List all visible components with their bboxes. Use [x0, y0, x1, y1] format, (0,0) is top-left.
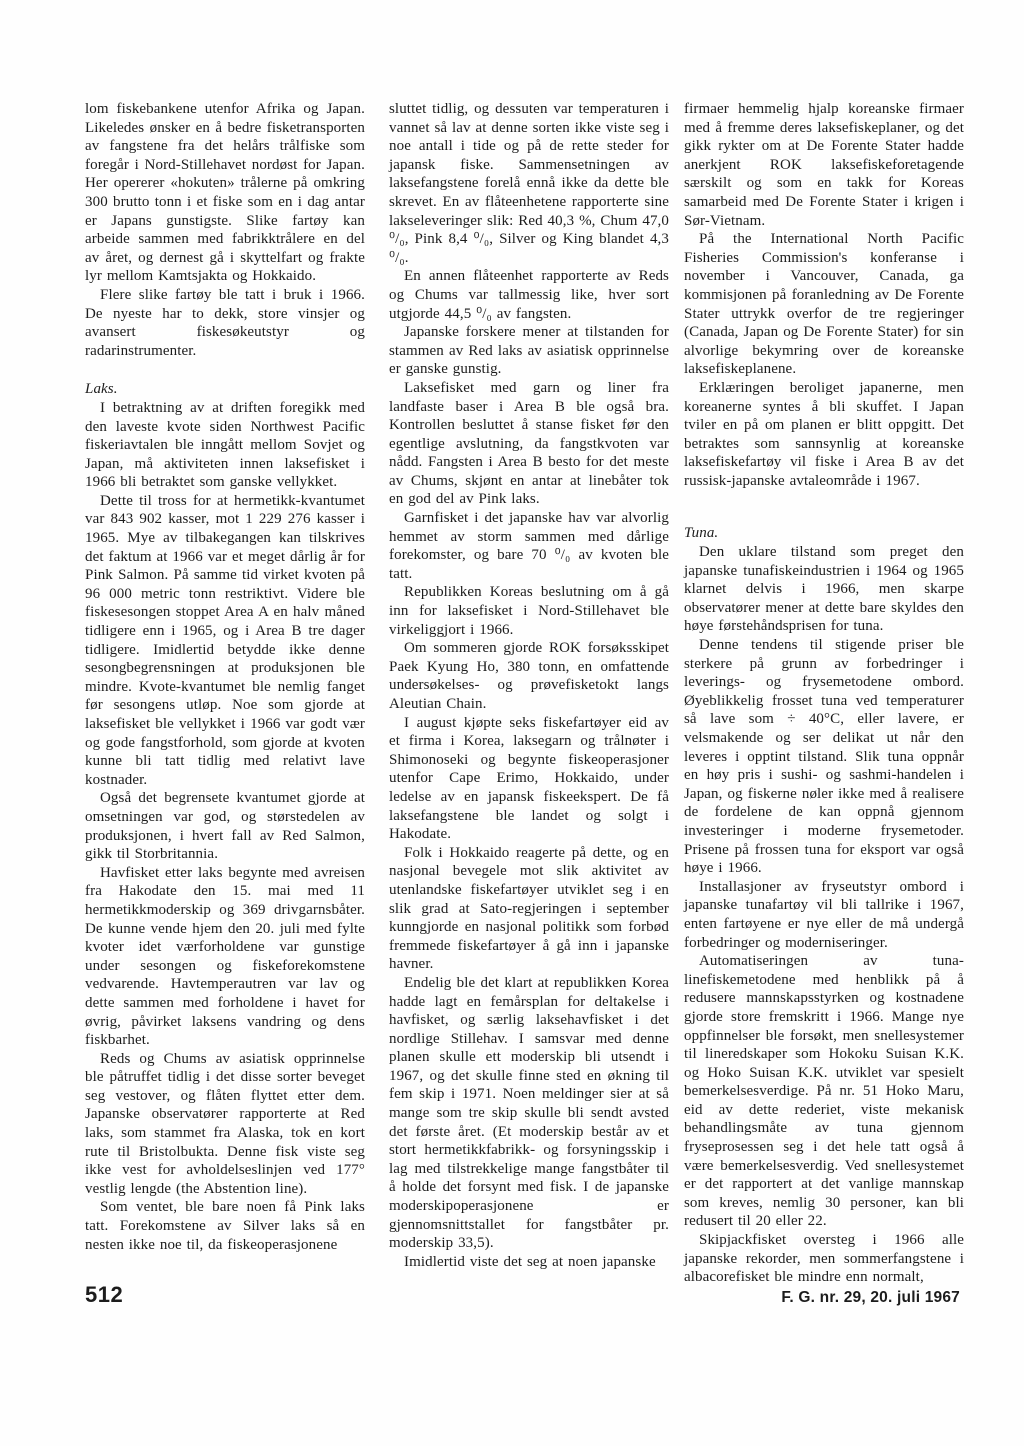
paragraph: Erklæringen beroliget japanerne, men kor…	[684, 379, 964, 491]
paragraph: Også det begrensete kvantumet gjorde at …	[85, 789, 365, 863]
journal-page: lom fiskebankene utenfor Afrika og Japan…	[0, 0, 1024, 1446]
paragraph: Endelig ble det klart at republikken Kor…	[389, 974, 669, 1253]
paragraph: Automatiseringen av tuna-linefiskemetode…	[684, 952, 964, 1231]
paragraph: Skipjackfisket oversteg i 1966 alle japa…	[684, 1231, 964, 1287]
paragraph: Denne tendens til stigende priser ble st…	[684, 636, 964, 878]
paragraph: Dette til tross for at hermetikk-kvantum…	[85, 492, 365, 790]
text-column-1: lom fiskebankene utenfor Afrika og Japan…	[85, 100, 365, 1254]
paragraph: Folk i Hokkaido reagerte på dette, og en…	[389, 844, 669, 974]
section-heading: Laks.	[85, 380, 365, 399]
paragraph: Som ventet, ble bare noen få Pink laks t…	[85, 1198, 365, 1254]
paragraph: lom fiskebankene utenfor Afrika og Japan…	[85, 100, 365, 286]
paragraph: Japanske forskere mener at tilstanden fo…	[389, 323, 669, 379]
paragraph: Den uklare tilstand som preget den japan…	[684, 543, 964, 636]
paragraph: sluttet tidlig, og dessuten var temperat…	[389, 100, 669, 267]
text-column-3: firmaer hemmelig hjalp koreanske firmaer…	[684, 100, 964, 1287]
paragraph: Garnfisket i det japanske hav var alvorl…	[389, 509, 669, 583]
paragraph: Imidlertid viste det seg at noen japansk…	[389, 1253, 669, 1272]
paragraph: firmaer hemmelig hjalp koreanske firmaer…	[684, 100, 964, 230]
paragraph: På the International North Pacific Fishe…	[684, 230, 964, 379]
paragraph: I betraktning av at driften foregikk med…	[85, 399, 365, 492]
page-footer: 512 F. G. nr. 29, 20. juli 1967	[85, 1282, 960, 1308]
paragraph: Laksefisket med garn og liner fra landfa…	[389, 379, 669, 509]
page-number: 512	[85, 1282, 123, 1308]
paragraph: Havfisket etter laks begynte med avreise…	[85, 864, 365, 1050]
paragraph: Installasjoner av fryseutstyr ombord i j…	[684, 878, 964, 952]
paragraph: En annen flåteenhet rapporterte av Reds …	[389, 267, 669, 323]
paragraph: Reds og Chums av asiatisk opprinnelse bl…	[85, 1050, 365, 1199]
paragraph: Om sommeren gjorde ROK forsøksskipet Pae…	[389, 639, 669, 713]
paragraph: Flere slike fartøy ble tatt i bruk i 196…	[85, 286, 365, 360]
text-column-2: sluttet tidlig, og dessuten var temperat…	[389, 100, 669, 1271]
issue-info: F. G. nr. 29, 20. juli 1967	[781, 1289, 960, 1307]
paragraph: Republikken Koreas beslutning om å gå in…	[389, 583, 669, 639]
section-heading: Tuna.	[684, 524, 964, 543]
paragraph: I august kjøpte seks fiskefartøyer eid a…	[389, 714, 669, 844]
